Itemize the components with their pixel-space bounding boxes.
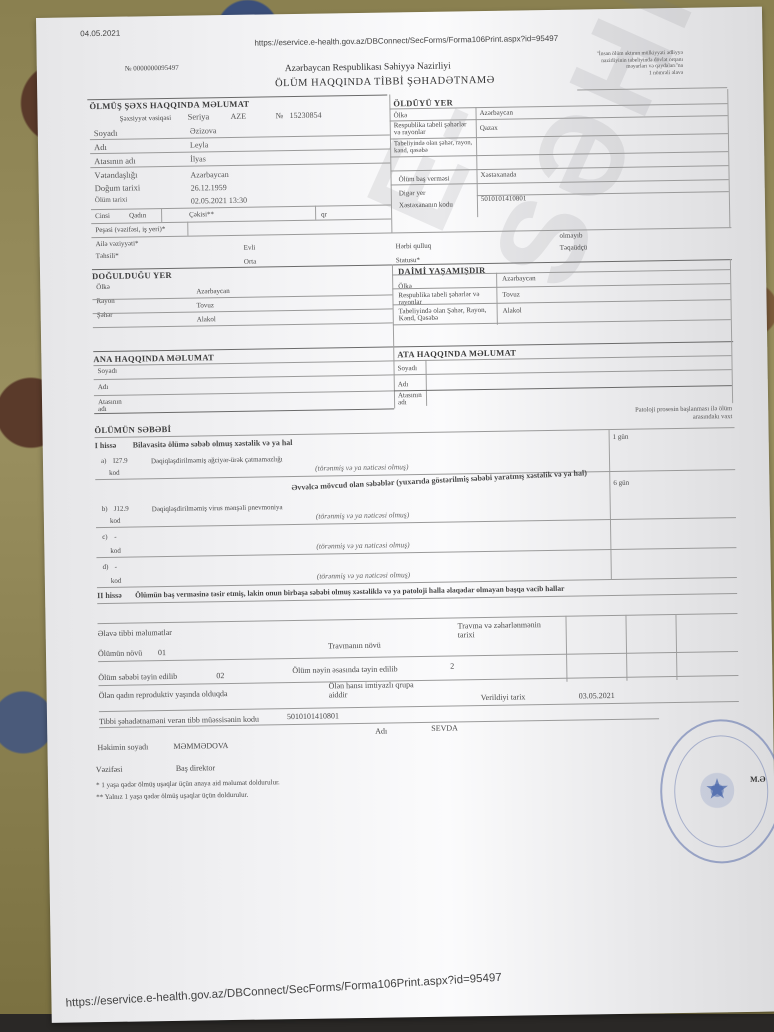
death-type-value: 01	[158, 648, 166, 657]
surname-value: Əzizova	[190, 126, 217, 135]
part2-label: II hissə	[97, 591, 122, 600]
marital-label: Ailə vəziyyəti*	[95, 239, 138, 248]
issued-date-value: 03.05.2021	[579, 691, 615, 701]
series-value: AZE	[230, 112, 246, 121]
reproductive-label: Ölən qadın reproduktiv yaşında olduqda	[99, 689, 249, 701]
id-card-label: Şəxsiyyət vəsiqəsi	[120, 114, 172, 123]
residence-country-value: Azərbaycan	[502, 274, 536, 283]
status-value: Təqaüdçü	[560, 243, 588, 251]
gender-label: Cinsi	[95, 212, 110, 220]
footnote-2: ** Yalnız 1 yaşa qədər ölmüş uşaqlar üçü…	[96, 791, 248, 801]
id-number: 15230854	[289, 111, 321, 121]
doctor-surname-value: MƏMMƏDOVA	[173, 741, 228, 751]
id-no-label: №	[275, 111, 283, 120]
birth-city-value: Alakol	[197, 315, 216, 323]
footnote-1: * 1 yaşa qədər ölmüş uşaqlar üçün anaya …	[96, 778, 280, 789]
occupation-label: Peşəsi (vəzifəsi, iş yeri)*	[95, 225, 165, 234]
birth-country-value: Azərbaycan	[196, 287, 230, 296]
cause-a-interval: 1 gün	[613, 433, 629, 441]
birth-district-value: Tovuz	[196, 301, 214, 309]
death-district-value: Qazax	[480, 124, 498, 132]
star-emblem-icon: ★	[700, 771, 735, 810]
determined-by-label: Ölüm nəyin əsasında təyin edilib	[292, 664, 397, 675]
patronymic-value: İlyas	[190, 154, 206, 163]
weight-unit: qr	[321, 210, 327, 218]
part1-title: Bilavasitə ölümə səbəb olmuş xəstəlik və…	[133, 438, 293, 450]
name-value: Leyla	[190, 140, 208, 149]
death-type-label: Ölümün növü	[98, 648, 142, 658]
privileged-label: Ölən hansı imtiyazlı qrupa aiddir	[328, 680, 428, 700]
cause-b-code: J12.9	[114, 505, 129, 513]
position-value: Baş direktor	[176, 763, 215, 773]
interval-header: Patoloji prosesin başlanması ilə ölüm ar…	[612, 405, 732, 422]
birth-date-value: 26.12.1959	[191, 183, 227, 193]
determined-by-value: 2	[450, 662, 454, 671]
military-label: Hərbi qulluq	[396, 242, 432, 251]
doctor-name-value: SEVDA	[431, 723, 458, 732]
marital-value: Evli	[244, 244, 256, 252]
education-label: Təhsili*	[96, 252, 119, 260]
extra-header: Əlavə tibbi məlumatlar	[98, 628, 172, 638]
trauma-type-label: Travmanın növü	[328, 641, 381, 651]
cause-determined-value: 02	[216, 671, 224, 680]
death-certificate-paper: E-SƏHİYYƏ 04.05.2021 https://eservice.e-…	[36, 7, 774, 1023]
cause-a-text: Dəqiqləşdirilməmiş ağciyər-ürək çatmamaz…	[151, 455, 283, 465]
deceased-header: ÖLMÜŞ ŞƏXS HAQQINDA MƏLUMAT	[89, 99, 249, 112]
series-label: Seriya	[187, 111, 209, 121]
institution-code-value: 5010101410801	[287, 711, 339, 721]
corner-note: "İnsan ölüm aktının mülkiyyəti ədliyyə n…	[597, 50, 684, 77]
cause-b-interval: 6 gün	[613, 479, 629, 487]
education-value: Orta	[244, 258, 257, 266]
issued-date-label: Verildiyi tarix	[481, 692, 526, 702]
cause-b-text: Dəqiqləşdirilməmiş virus mənşəli pnevmon…	[152, 503, 283, 513]
footer-url[interactable]: https://eservice.e-health.gov.az/DBConne…	[65, 972, 502, 1010]
residence-district-value: Tovuz	[502, 290, 520, 298]
official-stamp: ★ M.Ə	[659, 718, 774, 864]
death-occurred-value: Xəstəxanada	[480, 170, 516, 179]
stamp-initials: M.Ə	[750, 775, 766, 784]
weight-label: Çəkisi**	[189, 210, 214, 218]
position-label: Vəzifəsi	[96, 765, 123, 774]
doctor-name-label: Adı	[375, 727, 387, 736]
part1-label: I hissə	[95, 441, 117, 450]
mother-header: ANA HAQQINDA MƏLUMAT	[93, 352, 214, 364]
residence-city-value: Alakol	[503, 306, 522, 314]
trauma-date-label: Travma və zəhərlənmənin tarixi	[458, 620, 558, 640]
document-number: № 0000000095497	[125, 64, 179, 73]
birth-place-header: DOĞULDUĞU YER	[92, 270, 172, 281]
cause-a-code: I27.9	[113, 457, 128, 465]
death-date-value: 02.05.2021 13:30	[191, 196, 247, 206]
doctor-surname-label: Həkimin soyadı	[97, 742, 148, 752]
death-country-value: Azərbaycan	[479, 109, 513, 118]
cause-header: ÖLÜMÜN SƏBƏBİ	[94, 424, 171, 435]
military-value: olmayıb	[559, 231, 582, 239]
citizenship-value: Azərbaycan	[190, 170, 228, 180]
cause-determined-label: Ölüm səbəbi təyin edilib	[98, 672, 177, 682]
print-date: 04.05.2021	[80, 29, 120, 39]
gender-value: Qadın	[129, 211, 146, 219]
father-header: ATA HAQQINDA MƏLUMAT	[397, 347, 516, 359]
